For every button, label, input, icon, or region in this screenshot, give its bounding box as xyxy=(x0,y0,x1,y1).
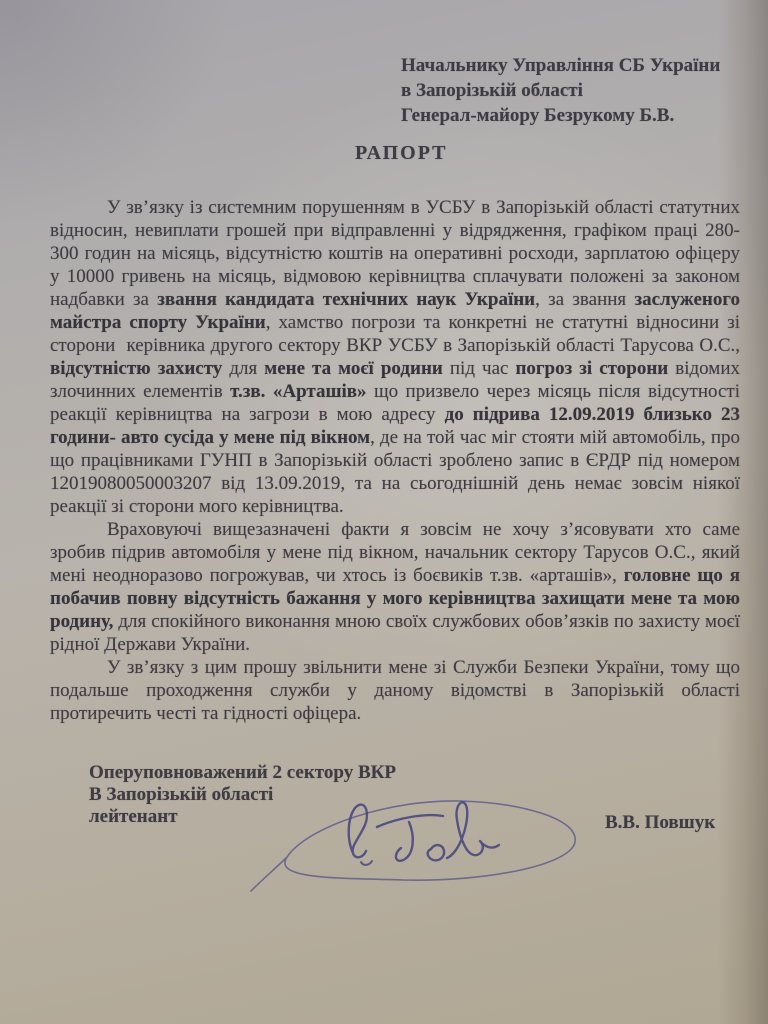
bold-text-run: т.зв. «Арташів» xyxy=(230,381,366,402)
bold-text-run: погроз зі сторони xyxy=(515,358,668,379)
document-title: РАПОРТ xyxy=(355,142,448,165)
text-run: для спокійного виконання мною своїх служ… xyxy=(50,611,740,655)
signature-scribble xyxy=(447,802,499,858)
recipient-line: в Запорізькій області xyxy=(401,78,751,103)
document-sheet: Начальнику Управління СБ України в Запор… xyxy=(0,0,768,1024)
text-run: для xyxy=(222,358,264,379)
text-run: У зв’язку з цим прошу звільнити мене зі … xyxy=(50,657,740,724)
bold-text-run: відсутністю захисту xyxy=(50,358,222,379)
recipient-line: Начальнику Управління СБ України xyxy=(401,53,751,78)
handwritten-signature xyxy=(248,790,588,895)
bold-text-run: звання кандидата технічних наук України xyxy=(157,289,535,310)
text-run: під час xyxy=(443,358,516,379)
recipient-line: Генерал-майору Безрукому Б.В. xyxy=(401,103,751,128)
signature-scribble xyxy=(396,822,413,861)
signature-scribble xyxy=(428,845,444,860)
document-body: У зв’язку із системним порушенням в УСБУ… xyxy=(50,196,740,725)
paragraph: У зв’язку з цим прошу звільнити мене зі … xyxy=(50,656,740,725)
paragraph: Враховуючі вищезазначені факти я зовсім … xyxy=(50,518,740,656)
recipient-block: Начальнику Управління СБ України в Запор… xyxy=(401,53,751,128)
signature-scribble xyxy=(349,805,367,858)
signature-scribble xyxy=(361,861,372,865)
bold-text-run: мене та моєї родини xyxy=(264,358,443,379)
text-run: , за звання xyxy=(535,289,634,310)
signature-line: Оперуповноважений 2 сектору ВКР xyxy=(89,762,396,784)
signer-name: В.В. Повшук xyxy=(605,812,715,834)
paragraph: У зв’язку із системним порушенням в УСБУ… xyxy=(50,196,740,518)
